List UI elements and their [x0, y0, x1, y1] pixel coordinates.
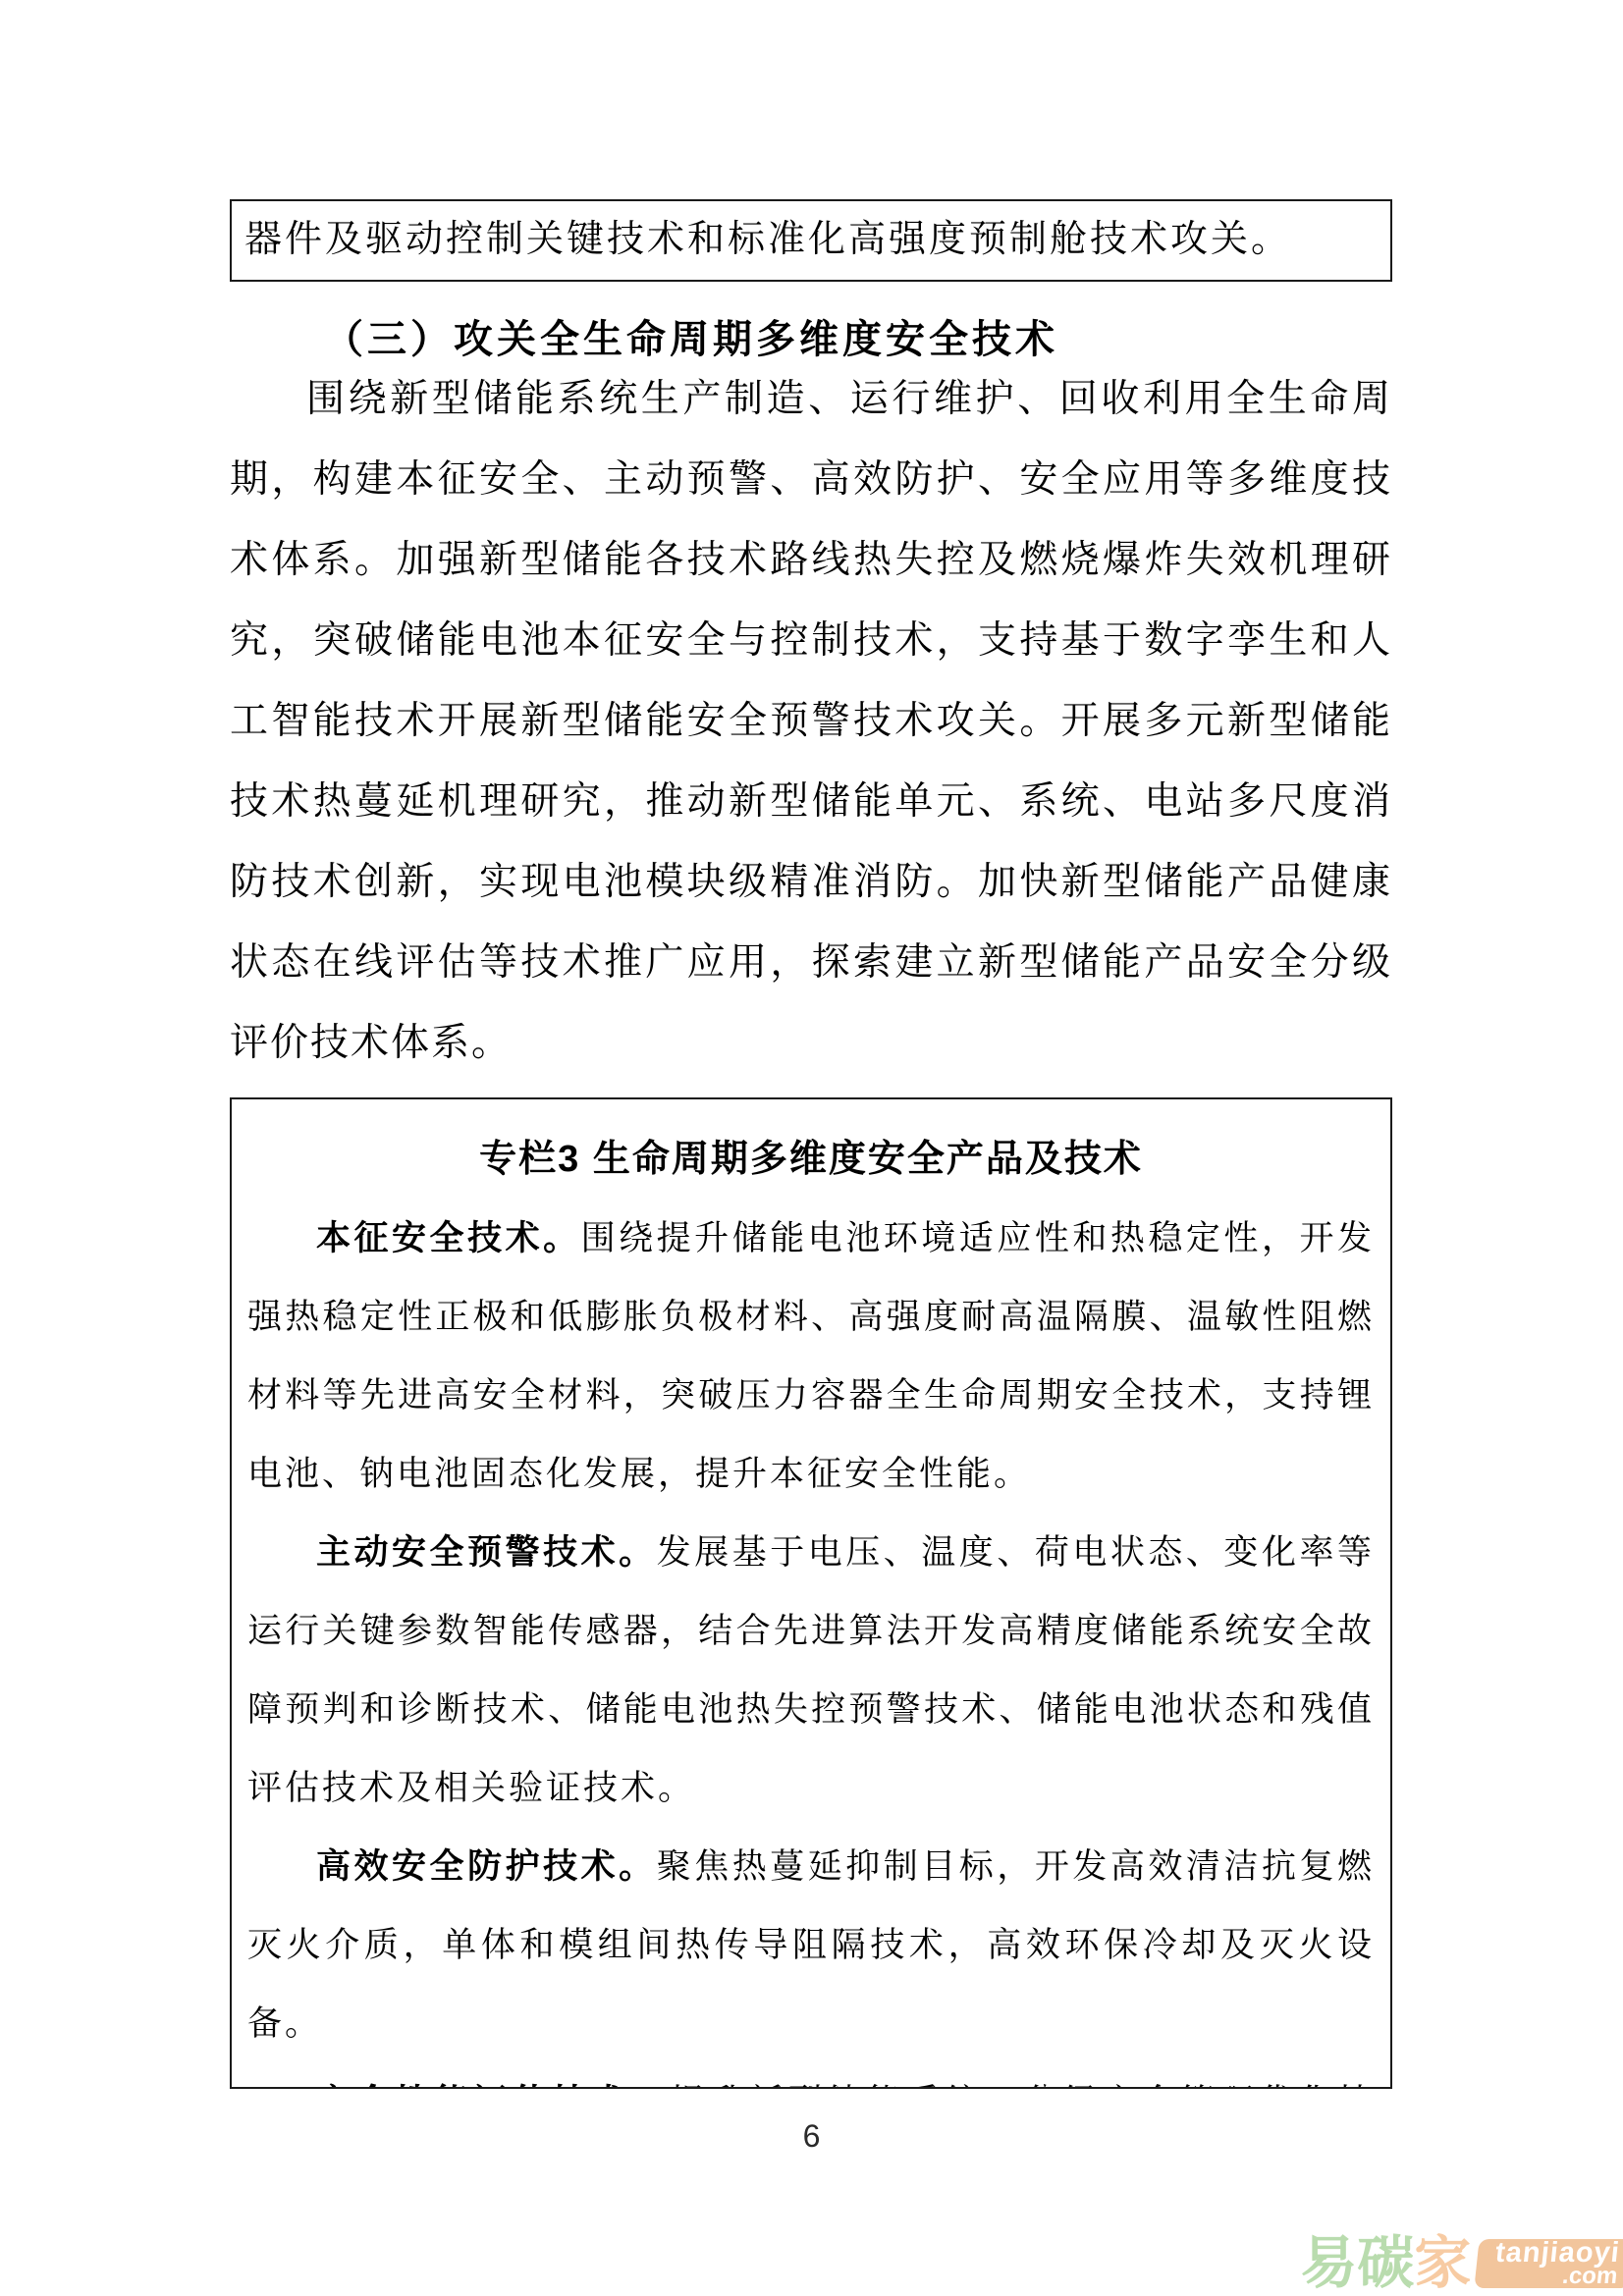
watermark-domain-badge: tanjiaoyi .com — [1475, 2239, 1623, 2288]
column-paragraph-protection: 高效安全防护技术。聚焦热蔓延抑制目标，开发高效清洁抗复燃灭火介质，单体和模组间热… — [247, 1828, 1375, 2063]
column-paragraph-intrinsic-safety: 本征安全技术。围绕提升储能电池环境适应性和热稳定性，开发强热稳定性正极和低膨胀负… — [247, 1200, 1375, 1514]
watermark-domain-bottom: .com — [1561, 2266, 1618, 2287]
column-box-title: 专栏3 生命周期多维度安全产品及技术 — [247, 1119, 1375, 1200]
paragraph-text: 发展基于电压、温度、荷电状态、变化率等运行关键参数智能传感器，结合先进算法开发高… — [247, 1533, 1375, 1807]
paragraph-text: 围绕提升储能电池环境适应性和热稳定性，开发强热稳定性正极和低膨胀负极材料、高强度… — [247, 1219, 1375, 1493]
page-number: 6 — [0, 2118, 1623, 2155]
paragraph-lead: 主动安全预警技术。 — [316, 1533, 657, 1572]
column-paragraph-early-warning: 主动安全预警技术。发展基于电压、温度、荷电状态、变化率等运行关键参数智能传感器，… — [247, 1514, 1375, 1828]
watermark-text-green: 易碳 — [1300, 2235, 1414, 2292]
document-page: 器件及驱动控制关键技术和标准化高强度预制舱技术攻关。 （三）攻关全生命周期多维度… — [0, 0, 1623, 2296]
continuation-text: 器件及驱动控制关键技术和标准化高强度预制舱技术攻关。 — [244, 218, 1291, 263]
paragraph-lead: 本征安全技术。 — [316, 1219, 581, 1257]
watermark-text-orange: 家 — [1414, 2235, 1471, 2292]
continuation-text-box: 器件及驱动控制关键技术和标准化高强度预制舱技术攻关。 — [230, 199, 1392, 282]
paragraph-lead: 安全性能评估技术。 — [316, 2083, 670, 2089]
body-paragraph: 围绕新型储能系统生产制造、运行维护、回收利用全生命周期，构建本征安全、主动预警、… — [230, 359, 1392, 1084]
column-paragraph-evaluation: 安全性能评估技术。提升新型储能系统、分级安全管理优化技术， — [247, 2063, 1375, 2089]
watermark-logo: 易碳 家 tanjiaoyi .com — [1300, 2235, 1623, 2292]
column-box: 专栏3 生命周期多维度安全产品及技术 本征安全技术。围绕提升储能电池环境适应性和… — [230, 1097, 1392, 2089]
paragraph-lead: 高效安全防护技术。 — [316, 1847, 657, 1886]
